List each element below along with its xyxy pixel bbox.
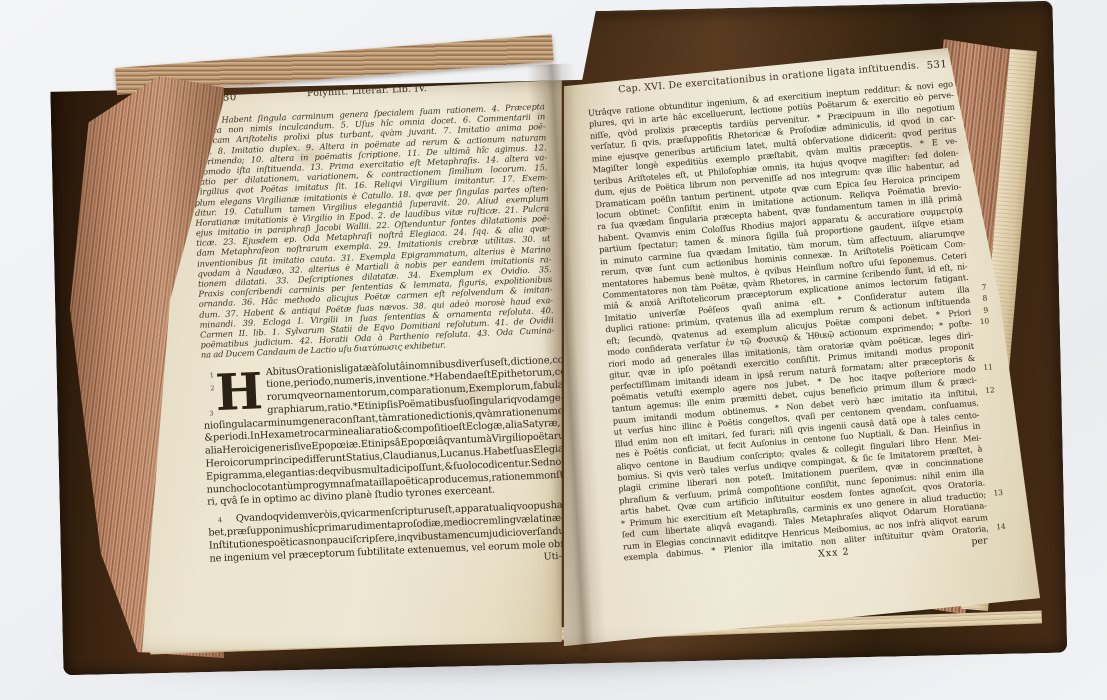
chapter-body: Utrâqverationeobtundituringenium,&adexer…: [588, 79, 990, 564]
catchword-right: per: [971, 535, 988, 547]
signature-mark: Xxx 2: [818, 546, 850, 559]
left-page-text: 530 Polyhiſt. Literar. Lib. IV. ſit.3.Ha…: [190, 79, 564, 578]
book-photo: 530 Polyhiſt. Literar. Lib. IV. ſit.3.Ha…: [0, 0, 1107, 700]
margin-number: 1: [210, 371, 214, 379]
chapter-index: ſit.3.Habentſingulacarminumgeneraſpecial…: [191, 101, 555, 360]
right-page-text: Cap. XVI. De exercitationibus in oration…: [586, 59, 990, 577]
paragraph-1: H AbitusOrationisligatæàſolutâinomnibusd…: [202, 354, 562, 509]
margin-number: 2: [210, 384, 214, 392]
dropcap-initial: H: [215, 368, 261, 420]
margin-number: 4: [218, 516, 222, 524]
page-number-right: 531: [926, 59, 947, 72]
margin-number: 3: [209, 409, 213, 417]
